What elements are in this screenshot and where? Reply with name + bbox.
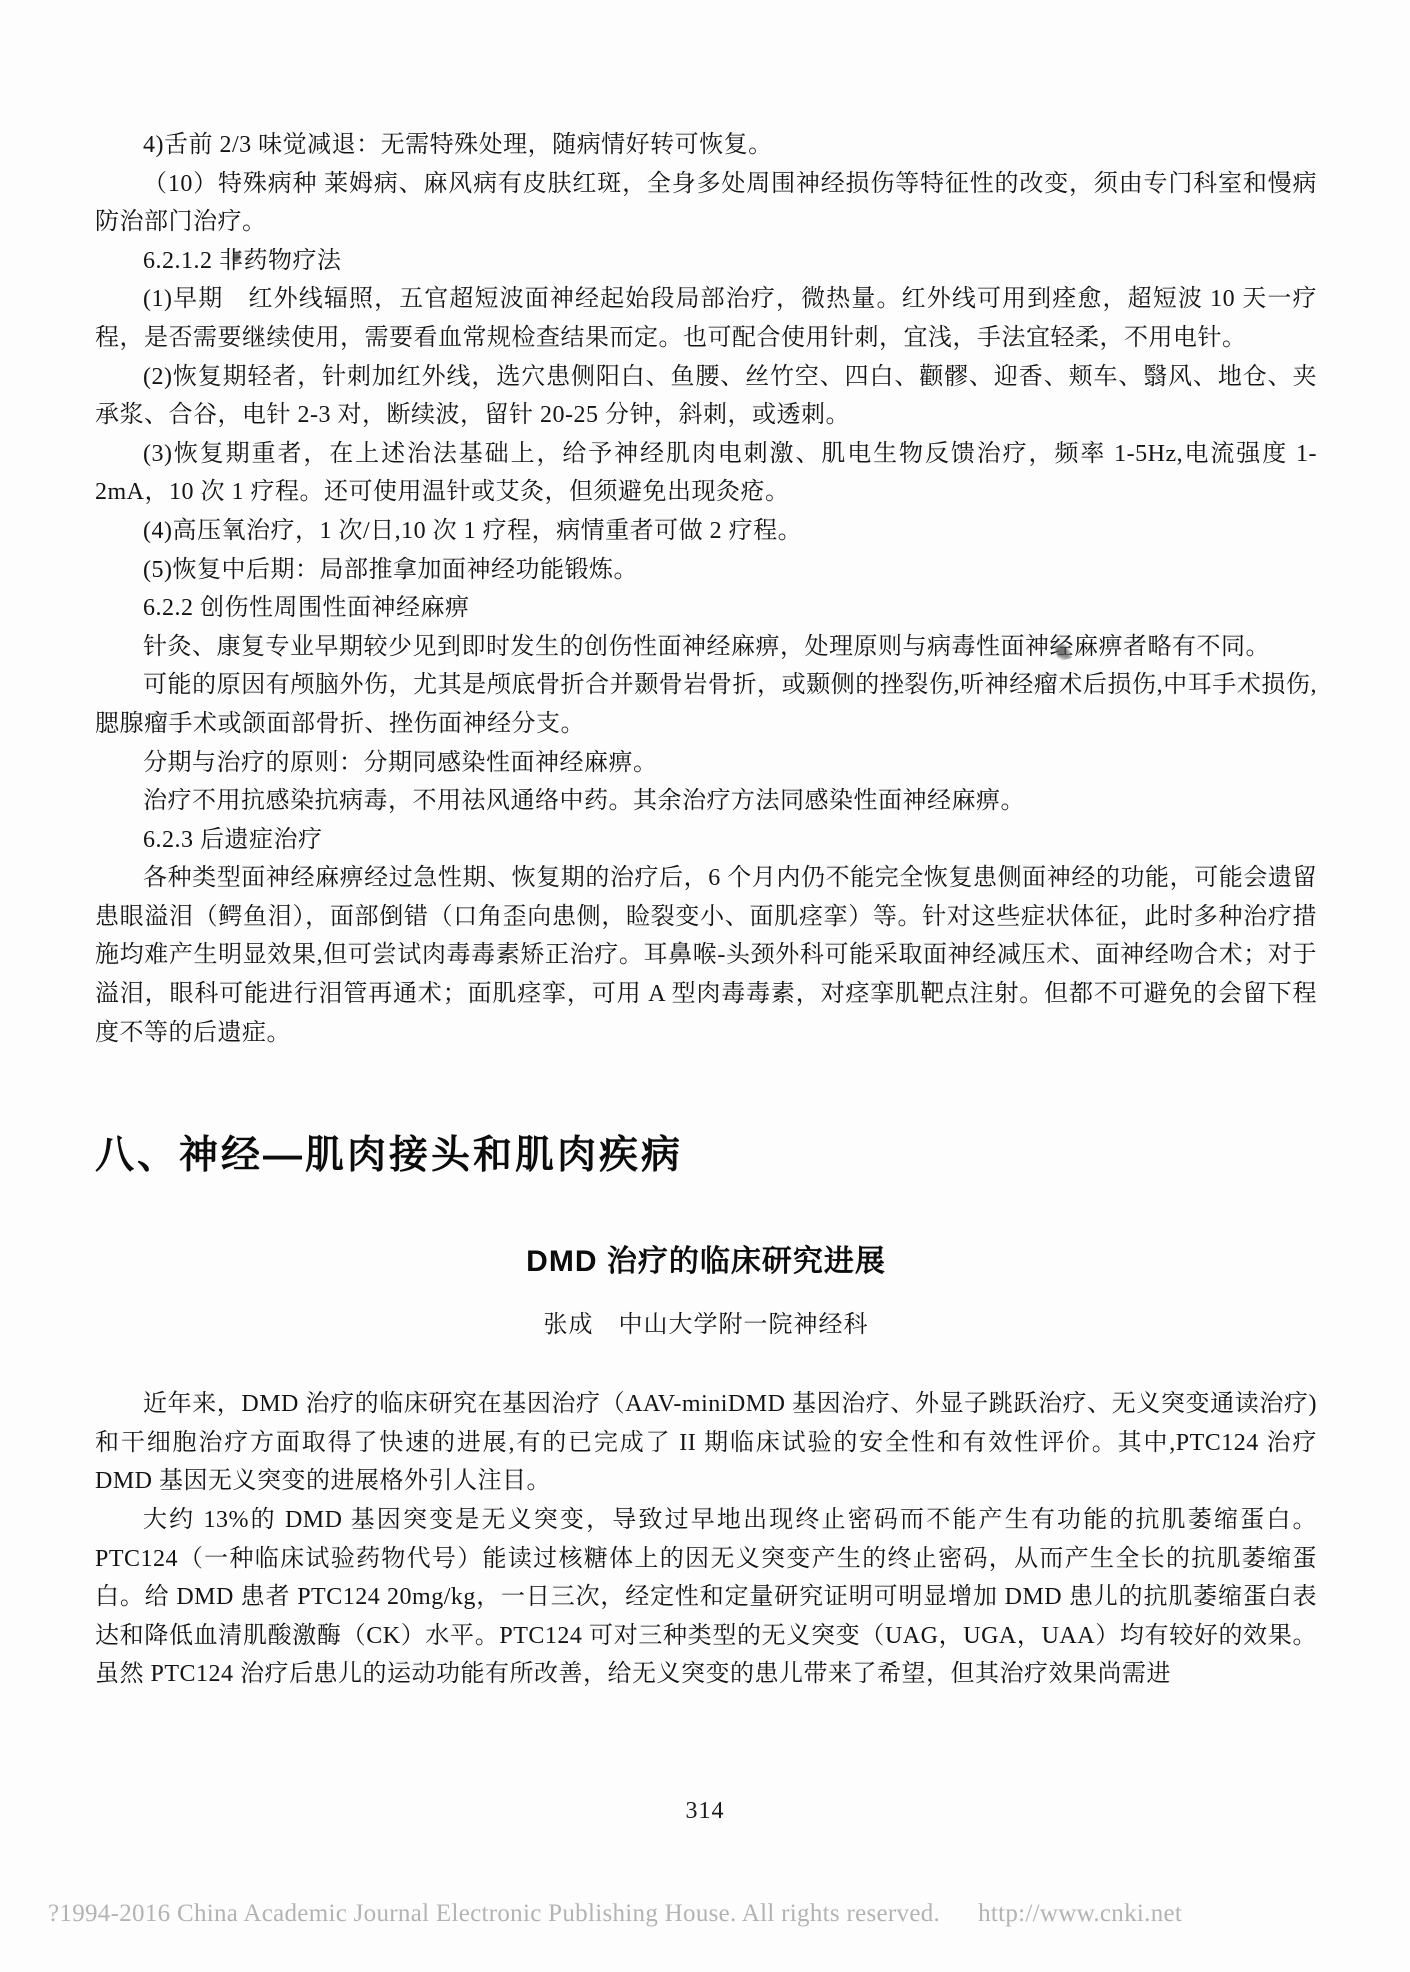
paragraph-treatment-principle: 治疗不用抗感染抗病毒，不用祛风通络中药。其余治疗方法同感染性面神经麻痹。 (95, 782, 1317, 821)
paragraph-traumatic-palsy-intro: 针灸、康复专业早期较少见到即时发生的创伤性面神经麻痹，处理原则与病毒性面神经麻痹… (95, 628, 1317, 667)
copyright-text: ?1994-2016 China Academic Journal Electr… (48, 1900, 940, 1927)
paragraph-staging-principle: 分期与治疗的原则：分期同感染性面神经麻痹。 (95, 744, 1317, 783)
paragraph-sequelae-treatment: 各种类型面神经麻痹经过急性期、恢复期的治疗后，6 个月内仍不能完全恢复患侧面神经… (95, 859, 1317, 1052)
paragraph-hyperbaric-oxygen: (4)高压氧治疗，1 次/日,10 次 1 疗程，病情重者可做 2 疗程。 (95, 512, 1317, 551)
paragraph-special-diseases: （10）特殊病种 莱姆病、麻风病有皮肤红斑，全身多处周围神经损伤等特征性的改变，… (95, 165, 1317, 242)
copyright-footer: ?1994-2016 China Academic Journal Electr… (48, 1900, 1182, 1928)
article-paragraph-ptc124: 大约 13%的 DMD 基因突变是无义突变，导致过早地出现终止密码而不能产生有功… (95, 1501, 1317, 1694)
article-byline: 张成 中山大学附一院神经科 (95, 1304, 1317, 1339)
article-paragraph-recent-progress: 近年来，DMD 治疗的临床研究在基因治疗（AAV-miniDMD 基因治疗、外显… (95, 1385, 1317, 1501)
section-heading-neuromuscular: 八、神经—肌肉接头和肌肉疾病 (95, 1124, 1317, 1180)
footer-url: http://www.cnki.net (978, 1900, 1182, 1927)
heading-6-2-3: 6.2.3 后遗症治疗 (95, 821, 1317, 860)
heading-6-2-1-2: 6.2.1.2 非药物疗法 (95, 242, 1317, 281)
paragraph-early-stage: (1)早期 红外线辐照，五官超短波面神经起始段局部治疗，微热量。红外线可用到痊愈… (95, 280, 1317, 357)
document-page: 4)舌前 2/3 味觉减退：无需特殊处理，随病情好转可恢复。 （10）特殊病种 … (0, 0, 1410, 1972)
page-number: 314 (0, 1798, 1410, 1825)
paragraph-recovery-severe: (3)恢复期重者，在上述治法基础上，给予神经肌肉电刺激、肌电生物反馈治疗，频率 … (95, 435, 1317, 512)
paragraph-late-recovery: (5)恢复中后期：局部推拿加面神经功能锻炼。 (95, 551, 1317, 590)
paragraph-taste-reduction: 4)舌前 2/3 味觉减退：无需特殊处理，随病情好转可恢复。 (95, 126, 1317, 165)
heading-6-2-2: 6.2.2 创伤性周围性面神经麻痹 (95, 589, 1317, 628)
page-content: 4)舌前 2/3 味觉减退：无需特殊处理，随病情好转可恢复。 （10）特殊病种 … (95, 126, 1317, 1694)
article-title-dmd: DMD 治疗的临床研究进展 (95, 1236, 1317, 1280)
paragraph-recovery-mild: (2)恢复期轻者，针刺加红外线，选穴患侧阳白、鱼腰、丝竹空、四白、颧髎、迎香、颊… (95, 358, 1317, 435)
paragraph-possible-causes: 可能的原因有颅脑外伤，尤其是颅底骨折合并颞骨岩骨折，或颞侧的挫裂伤,听神经瘤术后… (95, 666, 1317, 743)
